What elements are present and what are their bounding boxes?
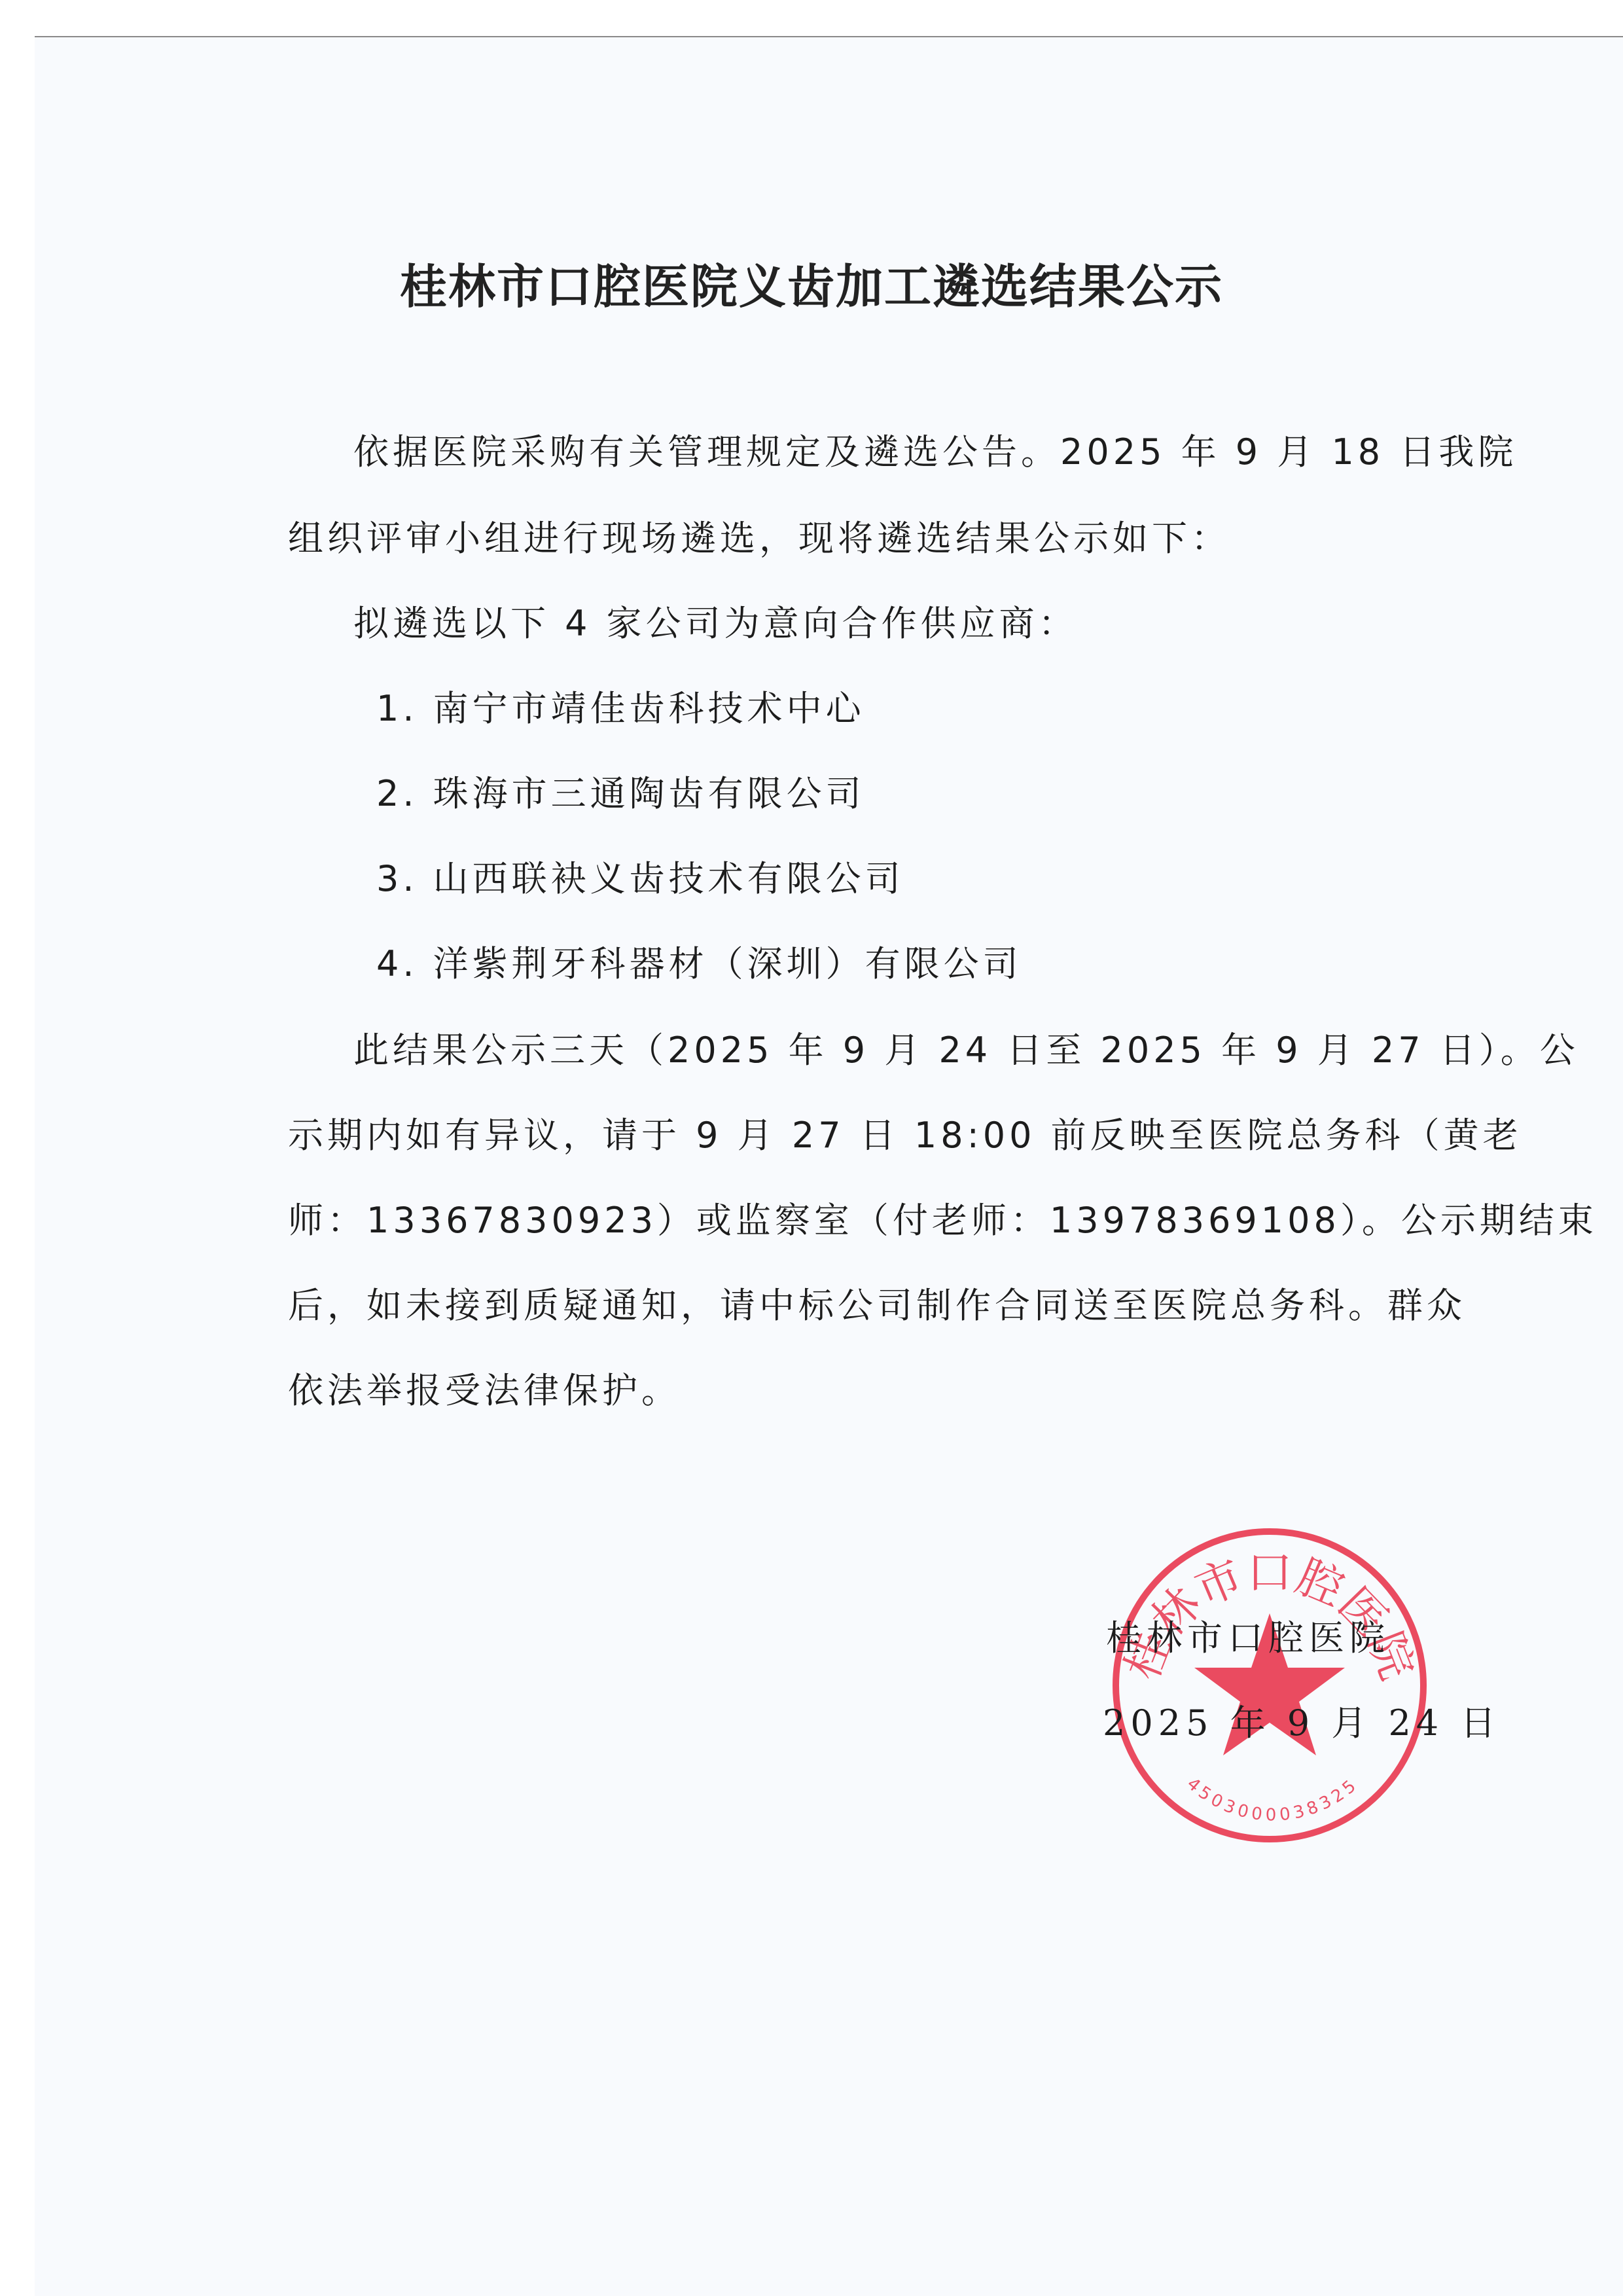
notice-line: 后，如未接到质疑通知，请中标公司制作合同送至医院总务科。群众: [288, 1278, 1466, 1328]
notice-line: 师：13367830923）或监察室（付老师：13978369108）。公示期结…: [288, 1193, 1597, 1243]
body-line: 依据医院采购有关管理规定及遴选公告。2025 年 9 月 18 日我院: [353, 424, 1517, 475]
official-seal-icon: 桂林市口腔医院 4503000038325: [1103, 1518, 1436, 1852]
document-page: [35, 36, 1623, 2296]
svg-text:4503000038325: 4503000038325: [1183, 1774, 1363, 1825]
supplier-item: 2. 珠海市三通陶齿有限公司: [376, 766, 865, 816]
notice-line: 此结果公示三天（2025 年 9 月 24 日至 2025 年 9 月 27 日…: [353, 1022, 1579, 1073]
signature-organization: 桂林市口腔医院: [1106, 1610, 1390, 1660]
body-line: 组织评审小组进行现场遴选，现将遴选结果公示如下：: [288, 511, 1230, 561]
notice-line: 示期内如有异议，请于 9 月 27 日 18:00 前反映至医院总务科（黄老: [288, 1107, 1522, 1158]
supplier-item: 3. 山西联袂义齿技术有限公司: [376, 851, 904, 901]
body-line: 拟遴选以下 4 家公司为意向合作供应商：: [353, 596, 1078, 646]
supplier-item: 4. 洋紫荆牙科器材（深圳）有限公司: [376, 936, 1022, 986]
signature-date: 2025 年 9 月 24 日: [1103, 1695, 1501, 1746]
notice-line: 依法举报受法律保护。: [288, 1363, 681, 1413]
document-title: 桂林市口腔医院义齿加工遴选结果公示: [0, 249, 1623, 317]
supplier-item: 1. 南宁市靖佳齿科技术中心: [376, 681, 865, 731]
